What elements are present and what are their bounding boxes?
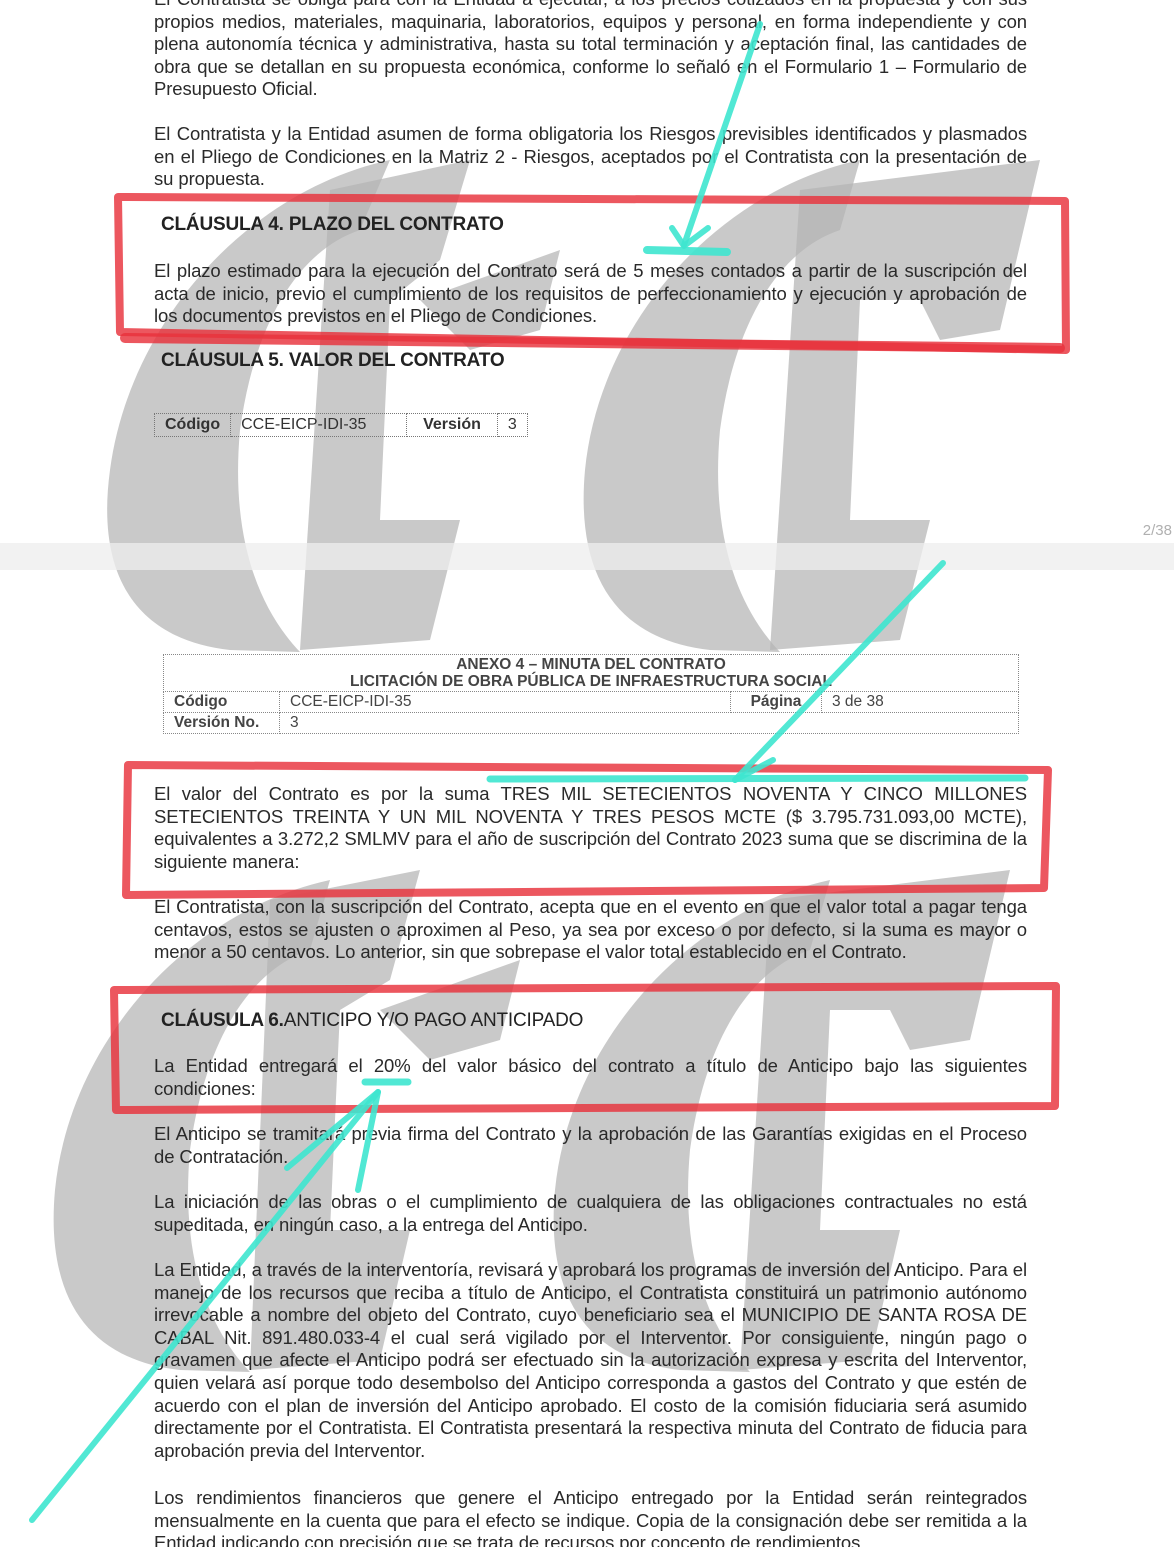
clause-6-heading: CLÁUSULA 6.ANTICIPO Y/O PAGO ANTICIPADO (161, 1010, 583, 1032)
header-title-line-2: LICITACIÓN DE OBRA PÚBLICA DE INFRAESTRU… (164, 673, 1018, 690)
clause-5-heading: CLÁUSULA 5. VALOR DEL CONTRATO (161, 350, 504, 372)
code-label: Código (155, 414, 231, 437)
clause-6-text: La Entidad entregará el 20% del valor bá… (154, 1055, 1027, 1100)
clause-4-text: El plazo estimado para la ejecución del … (154, 260, 1027, 328)
document-page-2: El Contratista se obliga para con la Ent… (0, 0, 1174, 543)
header-title-line-1: ANEXO 4 – MINUTA DEL CONTRATO (164, 656, 1018, 673)
clause-4-heading: CLÁUSULA 4. PLAZO DEL CONTRATO (161, 214, 504, 236)
version-value: 3 (497, 414, 527, 437)
header-version-label: Versión No. (164, 713, 280, 734)
version-label: Versión (407, 414, 498, 437)
financial-returns-paragraph: Los rendimientos financieros que genere … (154, 1487, 1027, 1547)
obligation-paragraph: El Contratista se obliga para con la Ent… (154, 0, 1027, 101)
contract-value-text: El valor del Contrato es por la suma TRE… (154, 783, 1027, 873)
header-code-value: CCE-EICP-IDI-35 (280, 692, 731, 713)
clause-6-label: CLÁUSULA 6. (161, 1010, 284, 1031)
clause-5-label: CLÁUSULA 5. (161, 350, 284, 371)
header-version-value: 3 (280, 713, 1019, 734)
header-page-label: Página (731, 692, 822, 713)
page-counter: 2/38 (1143, 522, 1172, 539)
document-header-table: ANEXO 4 – MINUTA DEL CONTRATO LICITACIÓN… (163, 654, 1019, 734)
header-title: ANEXO 4 – MINUTA DEL CONTRATO LICITACIÓN… (164, 655, 1019, 692)
clause-6-title: ANTICIPO Y/O PAGO ANTICIPADO (284, 1010, 584, 1031)
header-code-label: Código (164, 692, 280, 713)
risks-paragraph: El Contratista y la Entidad asumen de fo… (154, 123, 1027, 191)
clause-4-label: CLÁUSULA 4. (161, 214, 284, 235)
clause-4-title: PLAZO DEL CONTRATO (289, 214, 504, 235)
clause-5-title: VALOR DEL CONTRATO (289, 350, 505, 371)
rounding-paragraph: El Contratista, con la suscripción del C… (154, 896, 1027, 964)
anticipo-processing-paragraph: El Anticipo se tramitará previa firma de… (154, 1123, 1027, 1168)
fiduciary-paragraph: La Entidad, a través de la interventoría… (154, 1259, 1027, 1462)
code-value: CCE-EICP-IDI-35 (231, 414, 407, 437)
header-page-value: 3 de 38 (822, 692, 1019, 713)
obligations-paragraph: La iniciación de las obras o el cumplimi… (154, 1191, 1027, 1236)
page-separator (0, 543, 1174, 570)
page-footer-id-table: Código CCE-EICP-IDI-35 Versión 3 (154, 413, 528, 437)
